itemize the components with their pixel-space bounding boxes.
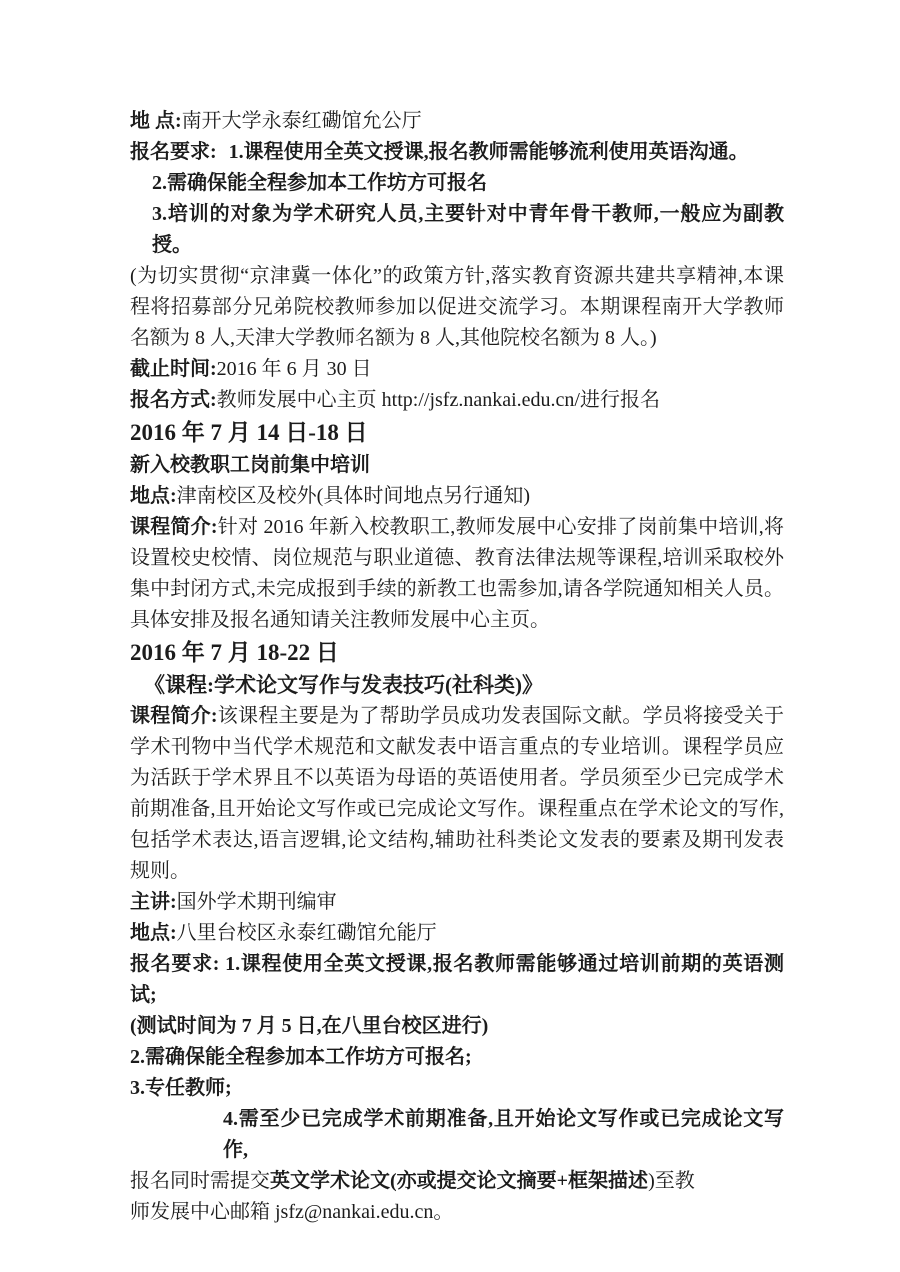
venue-value: 南开大学永泰红磡馆允公厅 bbox=[182, 110, 422, 132]
lecturer-value: 国外学术期刊编审 bbox=[177, 891, 337, 913]
workshop-intro-paragraph: 课程简介:该课程主要是为了帮助学员成功发表国际文献。学员将接受关于学术刊物中当代… bbox=[130, 701, 784, 887]
date-heading-jul18-22: 2016 年 7 月 18-22 日 bbox=[130, 636, 784, 670]
deadline-value: 2016 年 6 月 30 日 bbox=[217, 358, 372, 380]
signup-method-value: 教师发展中心主页 http://jsfz.nankai.edu.cn/进行报名 bbox=[217, 389, 660, 411]
signup-requirement-1: 1.课程使用全英文授课,报名教师需能够流利使用英语沟通。 bbox=[229, 141, 749, 163]
workshop-venue-label: 地点: bbox=[130, 922, 177, 944]
workshop-venue-value: 八里台校区永泰红磡馆允能厅 bbox=[177, 922, 437, 944]
workshop-requirements-line: 报名要求: 1.课程使用全英文授课,报名教师需能够通过培训前期的英语测试; bbox=[130, 949, 784, 1011]
submission-prefix: 报名同时需提交 bbox=[130, 1170, 270, 1192]
submission-suffix: )至教 bbox=[648, 1170, 695, 1192]
prejob-intro-text: 针对 2016 年新入校教职工,教师发展中心安排了岗前集中培训,将设置校史校情、… bbox=[130, 516, 784, 631]
workshop-intro-label: 课程简介: bbox=[130, 705, 218, 727]
venue-label: 地 点: bbox=[130, 110, 182, 132]
workshop-course-title: 《课程:学术论文写作与发表技巧(社科类)》 bbox=[130, 670, 784, 701]
workshop-requirement-1: 1.课程使用全英文授课,报名教师需能够通过培训前期的英语测试; bbox=[130, 953, 784, 1006]
signup-method-line: 报名方式:教师发展中心主页 http://jsfz.nankai.edu.cn/… bbox=[130, 385, 784, 416]
workshop-requirements-label: 报名要求: bbox=[130, 953, 219, 975]
prejob-venue-line: 地点:津南校区及校外(具体时间地点另行通知) bbox=[130, 481, 784, 512]
workshop-venue-line: 地点:八里台校区永泰红磡馆允能厅 bbox=[130, 918, 784, 949]
workshop-requirement-2: 2.需确保能全程参加本工作坊方可报名; bbox=[130, 1042, 784, 1073]
english-test-note: (测试时间为 7 月 5 日,在八里台校区进行) bbox=[130, 1011, 784, 1042]
section-previous-course: 地 点:南开大学永泰红磡馆允公厅 报名要求:1.课程使用全英文授课,报名教师需能… bbox=[130, 106, 784, 416]
section-writing-workshop: 2016 年 7 月 18-22 日 《课程:学术论文写作与发表技巧(社科类)》… bbox=[130, 636, 784, 1228]
prejob-venue-value: 津南校区及校外(具体时间地点另行通知) bbox=[177, 485, 530, 507]
prejob-venue-label: 地点: bbox=[130, 485, 177, 507]
page: 地 点:南开大学永泰红磡馆允公厅 报名要求:1.课程使用全英文授课,报名教师需能… bbox=[0, 0, 900, 1272]
prejob-intro-label: 课程简介: bbox=[130, 516, 218, 538]
signup-requirement-2: 2.需确保能全程参加本工作坊方可报名 bbox=[130, 168, 784, 199]
submission-line: 报名同时需提交英文学术论文(亦或提交论文摘要+框架描述)至教 bbox=[130, 1166, 784, 1197]
workshop-requirement-4: 4.需至少已完成学术前期准备,且开始论文写作或已完成论文写作, bbox=[130, 1104, 784, 1166]
venue-line: 地 点:南开大学永泰红磡馆允公厅 bbox=[130, 106, 784, 137]
deadline-label: 截止时间: bbox=[130, 358, 217, 380]
lecturer-line: 主讲:国外学术期刊编审 bbox=[130, 887, 784, 918]
section-prejob-training: 2016 年 7 月 14 日-18 日 新入校教职工岗前集中培训 地点:津南校… bbox=[130, 416, 784, 636]
signup-requirements-label: 报名要求: bbox=[130, 141, 217, 163]
workshop-requirement-3: 3.专任教师; bbox=[130, 1073, 784, 1104]
signup-requirement-3: 3.培训的对象为学术研究人员,主要针对中青年骨干教师,一般应为副教授。 bbox=[130, 199, 784, 261]
submission-email-line: 师发展中心邮箱 jsfz@nankai.edu.cn。 bbox=[130, 1197, 784, 1228]
lecturer-label: 主讲: bbox=[130, 891, 177, 913]
signup-method-label: 报名方式: bbox=[130, 389, 217, 411]
date-heading-jul14-18: 2016 年 7 月 14 日-18 日 bbox=[130, 416, 784, 450]
prejob-course-title: 新入校教职工岗前集中培训 bbox=[130, 450, 784, 481]
prejob-intro-paragraph: 课程简介:针对 2016 年新入校教职工,教师发展中心安排了岗前集中培训,将设置… bbox=[130, 512, 784, 636]
workshop-intro-text: 该课程主要是为了帮助学员成功发表国际文献。学员将接受关于学术刊物中当代学术规范和… bbox=[130, 705, 784, 882]
submission-bold-text: 英文学术论文(亦或提交论文摘要+框架描述 bbox=[270, 1170, 648, 1192]
deadline-line: 截止时间:2016 年 6 月 30 日 bbox=[130, 354, 784, 385]
policy-note: (为切实贯彻“京津冀一体化”的政策方针,落实教育资源共建共享精神,本课程将招募部… bbox=[130, 261, 784, 354]
signup-requirements-line: 报名要求:1.课程使用全英文授课,报名教师需能够流利使用英语沟通。 bbox=[130, 137, 784, 168]
